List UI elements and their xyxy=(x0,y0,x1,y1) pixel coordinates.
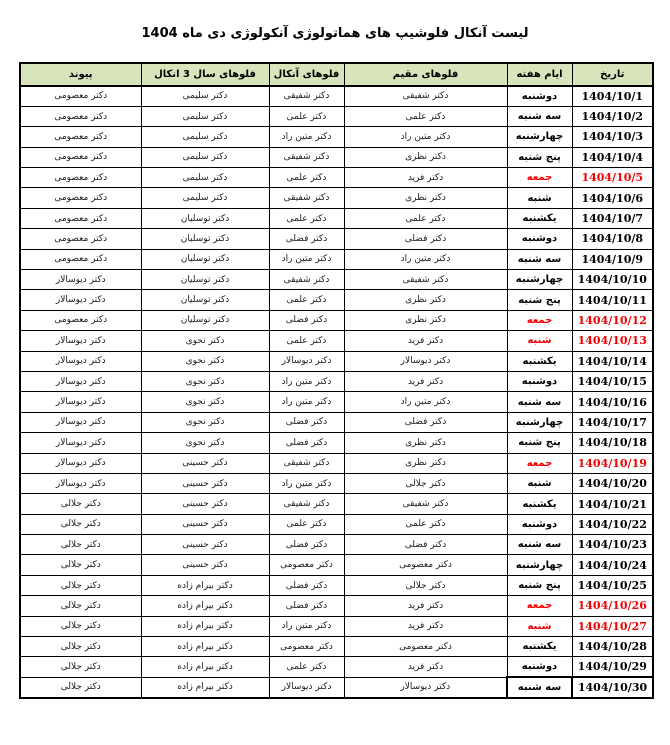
year3-oncall-fellow-cell: دکتر نحوی xyxy=(141,331,269,351)
resident-fellow-cell: دکتر متین راد xyxy=(344,127,507,147)
date-cell: 1404/10/30 xyxy=(572,677,653,697)
table-row: 1404/10/12 جمعه دکتر نظری دکتر فضلی دکتر… xyxy=(20,310,653,330)
transplant-cell: دکتر دیوسالار xyxy=(20,371,141,391)
weekday-cell: پنج شنبه xyxy=(507,433,572,453)
weekday-cell: سه شنبه xyxy=(507,392,572,412)
oncall-fellow-cell: دکتر علمی xyxy=(269,514,344,534)
transplant-cell: دکتر دیوسالار xyxy=(20,392,141,412)
oncall-fellow-cell: دکتر فضلی xyxy=(269,412,344,432)
year3-oncall-fellow-cell: دکتر سلیمی xyxy=(141,106,269,126)
oncall-fellow-cell: دکتر فضلی xyxy=(269,229,344,249)
oncall-fellow-cell: دکتر شفیقی xyxy=(269,147,344,167)
date-cell: 1404/10/14 xyxy=(572,351,653,371)
date-cell: 1404/10/16 xyxy=(572,392,653,412)
table-row: 1404/10/22 دوشنبه دکتر علمی دکتر علمی دک… xyxy=(20,514,653,534)
table-row: 1404/10/11 پنج شنبه دکتر نظری دکتر علمی … xyxy=(20,290,653,310)
year3-oncall-fellow-cell: دکتر حسینی xyxy=(141,473,269,493)
table-row: 1404/10/4 پنج شنبه دکتر نظری دکتر شفیقی … xyxy=(20,147,653,167)
year3-oncall-fellow-cell: دکتر توسلیان xyxy=(141,310,269,330)
date-cell: 1404/10/20 xyxy=(572,473,653,493)
transplant-cell: دکتر دیوسالار xyxy=(20,290,141,310)
date-cell: 1404/10/9 xyxy=(572,249,653,269)
oncall-fellow-cell: دکتر شفیقی xyxy=(269,86,344,106)
resident-fellow-cell: دکتر فرید xyxy=(344,371,507,391)
oncall-fellow-cell: دکتر شفیقی xyxy=(269,270,344,290)
transplant-cell: دکتر جلالی xyxy=(20,657,141,677)
date-cell: 1404/10/28 xyxy=(572,637,653,657)
weekday-cell: شنبه xyxy=(507,188,572,208)
page-title: لیست آنکال فلوشیپ های هماتولوژی آنکولوژی… xyxy=(0,26,670,41)
resident-fellow-cell: دکتر دیوسالار xyxy=(344,351,507,371)
year3-oncall-fellow-cell: دکتر بیرام زاده xyxy=(141,677,269,697)
oncall-fellow-cell: دکتر فضلی xyxy=(269,433,344,453)
table-row: 1404/10/15 دوشنبه دکتر فرید دکتر متین را… xyxy=(20,371,653,391)
table-row: 1404/10/10 چهارشنبه دکتر شفیقی دکتر شفیق… xyxy=(20,270,653,290)
date-cell: 1404/10/24 xyxy=(572,555,653,575)
oncall-fellow-cell: دکتر علمی xyxy=(269,657,344,677)
weekday-cell: پنج شنبه xyxy=(507,290,572,310)
year3-oncall-fellow-cell: دکتر بیرام زاده xyxy=(141,637,269,657)
table-row: 1404/10/25 پنج شنبه دکتر جلالی دکتر فضلی… xyxy=(20,575,653,595)
year3-oncall-fellow-cell: دکتر توسلیان xyxy=(141,208,269,228)
transplant-cell: دکتر معصومی xyxy=(20,208,141,228)
resident-fellow-cell: دکتر نظری xyxy=(344,433,507,453)
resident-fellow-cell: دکتر جلالی xyxy=(344,473,507,493)
oncall-fellow-cell: دکتر متین راد xyxy=(269,249,344,269)
transplant-cell: دکتر جلالی xyxy=(20,514,141,534)
resident-fellow-cell: دکتر نظری xyxy=(344,188,507,208)
weekday-cell: جمعه xyxy=(507,168,572,188)
table-row: 1404/10/6 شنبه دکتر نظری دکتر شفیقی دکتر… xyxy=(20,188,653,208)
oncall-fellow-cell: دکتر علمی xyxy=(269,168,344,188)
date-cell: 1404/10/7 xyxy=(572,208,653,228)
weekday-cell: چهارشنبه xyxy=(507,412,572,432)
oncall-fellow-cell: دکتر علمی xyxy=(269,290,344,310)
resident-fellow-cell: دکتر نظری xyxy=(344,453,507,473)
transplant-cell: دکتر معصومی xyxy=(20,168,141,188)
table-row: 1404/10/2 سه شنبه دکتر علمی دکتر علمی دک… xyxy=(20,106,653,126)
table-header-row: تاریخ ایام هفته فلوهای مقیم فلوهای آنکال… xyxy=(20,63,653,86)
year3-oncall-fellow-cell: دکتر سلیمی xyxy=(141,86,269,106)
year3-oncall-fellow-cell: دکتر توسلیان xyxy=(141,229,269,249)
oncall-fellow-cell: دکتر معصومی xyxy=(269,555,344,575)
year3-oncall-fellow-cell: دکتر حسینی xyxy=(141,535,269,555)
oncall-fellow-cell: دکتر فضلی xyxy=(269,310,344,330)
date-cell: 1404/10/6 xyxy=(572,188,653,208)
resident-fellow-cell: دکتر فضلی xyxy=(344,535,507,555)
weekday-cell: جمعه xyxy=(507,596,572,616)
transplant-cell: دکتر جلالی xyxy=(20,677,141,697)
oncall-fellow-cell: دکتر متین راد xyxy=(269,127,344,147)
table-row: 1404/10/28 یکشنبه دکتر معصومی دکتر معصوم… xyxy=(20,637,653,657)
oncall-fellow-cell: دکتر شفیقی xyxy=(269,494,344,514)
transplant-cell: دکتر دیوسالار xyxy=(20,331,141,351)
oncall-fellow-cell: دکتر معصومی xyxy=(269,637,344,657)
transplant-cell: دکتر معصومی xyxy=(20,86,141,106)
year3-oncall-fellow-cell: دکتر حسینی xyxy=(141,514,269,534)
table-row: 1404/10/7 یکشنبه دکتر علمی دکتر علمی دکت… xyxy=(20,208,653,228)
table-row: 1404/10/17 چهارشنبه دکتر فضلی دکتر فضلی … xyxy=(20,412,653,432)
oncall-fellow-cell: دکتر متین راد xyxy=(269,371,344,391)
header-transplant: پیوند xyxy=(20,63,141,86)
weekday-cell: پنج شنبه xyxy=(507,575,572,595)
weekday-cell: یکشنبه xyxy=(507,637,572,657)
resident-fellow-cell: دکتر شفیقی xyxy=(344,270,507,290)
header-resident: فلوهای مقیم xyxy=(344,63,507,86)
transplant-cell: دکتر معصومی xyxy=(20,229,141,249)
year3-oncall-fellow-cell: دکتر توسلیان xyxy=(141,249,269,269)
year3-oncall-fellow-cell: دکتر نحوی xyxy=(141,412,269,432)
transplant-cell: دکتر دیوسالار xyxy=(20,270,141,290)
year3-oncall-fellow-cell: دکتر نحوی xyxy=(141,433,269,453)
oncall-fellow-cell: دکتر شفیقی xyxy=(269,453,344,473)
date-cell: 1404/10/1 xyxy=(572,86,653,106)
transplant-cell: دکتر دیوسالار xyxy=(20,433,141,453)
resident-fellow-cell: دکتر فضلی xyxy=(344,412,507,432)
oncall-fellow-cell: دکتر فضلی xyxy=(269,535,344,555)
weekday-cell: سه شنبه xyxy=(507,535,572,555)
date-cell: 1404/10/27 xyxy=(572,616,653,636)
table-row: 1404/10/19 جمعه دکتر نظری دکتر شفیقی دکت… xyxy=(20,453,653,473)
oncall-fellow-cell: دکتر دیوسالار xyxy=(269,351,344,371)
weekday-cell: چهارشنبه xyxy=(507,555,572,575)
table-row: 1404/10/21 یکشنبه دکتر شفیقی دکتر شفیقی … xyxy=(20,494,653,514)
oncall-schedule-table: تاریخ ایام هفته فلوهای مقیم فلوهای آنکال… xyxy=(19,62,654,699)
weekday-cell: یکشنبه xyxy=(507,351,572,371)
weekday-cell: شنبه xyxy=(507,616,572,636)
resident-fellow-cell: دکتر فضلی xyxy=(344,229,507,249)
resident-fellow-cell: دکتر فرید xyxy=(344,168,507,188)
transplant-cell: دکتر جلالی xyxy=(20,575,141,595)
resident-fellow-cell: دکتر علمی xyxy=(344,106,507,126)
resident-fellow-cell: دکتر متین راد xyxy=(344,249,507,269)
weekday-cell: پنج شنبه xyxy=(507,147,572,167)
year3-oncall-fellow-cell: دکتر سلیمی xyxy=(141,168,269,188)
table-row: 1404/10/26 جمعه دکتر فرید دکتر فضلی دکتر… xyxy=(20,596,653,616)
weekday-cell: دوشنبه xyxy=(507,229,572,249)
resident-fellow-cell: دکتر شفیقی xyxy=(344,494,507,514)
table-row: 1404/10/16 سه شنبه دکتر متین راد دکتر مت… xyxy=(20,392,653,412)
year3-oncall-fellow-cell: دکتر حسینی xyxy=(141,555,269,575)
oncall-fellow-cell: دکتر متین راد xyxy=(269,392,344,412)
resident-fellow-cell: دکتر نظری xyxy=(344,290,507,310)
weekday-cell: سه شنبه xyxy=(507,677,572,697)
year3-oncall-fellow-cell: دکتر سلیمی xyxy=(141,188,269,208)
date-cell: 1404/10/4 xyxy=(572,147,653,167)
date-cell: 1404/10/5 xyxy=(572,168,653,188)
transplant-cell: دکتر جلالی xyxy=(20,535,141,555)
date-cell: 1404/10/18 xyxy=(572,433,653,453)
transplant-cell: دکتر معصومی xyxy=(20,188,141,208)
date-cell: 1404/10/25 xyxy=(572,575,653,595)
table-row: 1404/10/13 شنبه دکتر فرید دکتر علمی دکتر… xyxy=(20,331,653,351)
year3-oncall-fellow-cell: دکتر بیرام زاده xyxy=(141,657,269,677)
transplant-cell: دکتر معصومی xyxy=(20,106,141,126)
table-row: 1404/10/3 چهارشنبه دکتر متین راد دکتر مت… xyxy=(20,127,653,147)
transplant-cell: دکتر معصومی xyxy=(20,127,141,147)
date-cell: 1404/10/3 xyxy=(572,127,653,147)
table-row: 1404/10/27 شنبه دکتر فرید دکتر متین راد … xyxy=(20,616,653,636)
oncall-fellow-cell: دکتر شفیقی xyxy=(269,188,344,208)
weekday-cell: شنبه xyxy=(507,331,572,351)
resident-fellow-cell: دکتر دیوسالار xyxy=(344,677,507,697)
date-cell: 1404/10/26 xyxy=(572,596,653,616)
header-date: تاریخ xyxy=(572,63,653,86)
year3-oncall-fellow-cell: دکتر بیرام زاده xyxy=(141,616,269,636)
date-cell: 1404/10/22 xyxy=(572,514,653,534)
year3-oncall-fellow-cell: دکتر توسلیان xyxy=(141,270,269,290)
date-cell: 1404/10/23 xyxy=(572,535,653,555)
header-oncall: فلوهای آنکال xyxy=(269,63,344,86)
date-cell: 1404/10/10 xyxy=(572,270,653,290)
resident-fellow-cell: دکتر متین راد xyxy=(344,392,507,412)
table-row: 1404/10/23 سه شنبه دکتر فضلی دکتر فضلی د… xyxy=(20,535,653,555)
table-row: 1404/10/5 جمعه دکتر فرید دکتر علمی دکتر … xyxy=(20,168,653,188)
table-row: 1404/10/20 شنبه دکتر جلالی دکتر متین راد… xyxy=(20,473,653,493)
transplant-cell: دکتر جلالی xyxy=(20,637,141,657)
year3-oncall-fellow-cell: دکتر نحوی xyxy=(141,351,269,371)
resident-fellow-cell: دکتر شفیقی xyxy=(344,86,507,106)
resident-fellow-cell: دکتر فرید xyxy=(344,331,507,351)
resident-fellow-cell: دکتر معصومی xyxy=(344,555,507,575)
table-row: 1404/10/1 دوشنبه دکتر شفیقی دکتر شفیقی د… xyxy=(20,86,653,106)
weekday-cell: چهارشنبه xyxy=(507,270,572,290)
date-cell: 1404/10/11 xyxy=(572,290,653,310)
transplant-cell: دکتر جلالی xyxy=(20,616,141,636)
table-row: 1404/10/30 سه شنبه دکتر دیوسالار دکتر دی… xyxy=(20,677,653,697)
weekday-cell: جمعه xyxy=(507,453,572,473)
year3-oncall-fellow-cell: دکتر بیرام زاده xyxy=(141,575,269,595)
year3-oncall-fellow-cell: دکتر نحوی xyxy=(141,392,269,412)
year3-oncall-fellow-cell: دکتر توسلیان xyxy=(141,290,269,310)
oncall-fellow-cell: دکتر متین راد xyxy=(269,473,344,493)
weekday-cell: چهارشنبه xyxy=(507,127,572,147)
oncall-fellow-cell: دکتر علمی xyxy=(269,106,344,126)
resident-fellow-cell: دکتر جلالی xyxy=(344,575,507,595)
transplant-cell: دکتر معصومی xyxy=(20,147,141,167)
weekday-cell: سه شنبه xyxy=(507,249,572,269)
table-row: 1404/10/9 سه شنبه دکتر متین راد دکتر متی… xyxy=(20,249,653,269)
table-row: 1404/10/24 چهارشنبه دکتر معصومی دکتر معص… xyxy=(20,555,653,575)
transplant-cell: دکتر معصومی xyxy=(20,249,141,269)
year3-oncall-fellow-cell: دکتر سلیمی xyxy=(141,127,269,147)
resident-fellow-cell: دکتر فرید xyxy=(344,657,507,677)
transplant-cell: دکتر جلالی xyxy=(20,494,141,514)
date-cell: 1404/10/8 xyxy=(572,229,653,249)
oncall-fellow-cell: دکتر علمی xyxy=(269,208,344,228)
year3-oncall-fellow-cell: دکتر حسینی xyxy=(141,494,269,514)
resident-fellow-cell: دکتر معصومی xyxy=(344,637,507,657)
date-cell: 1404/10/12 xyxy=(572,310,653,330)
oncall-fellow-cell: دکتر دیوسالار xyxy=(269,677,344,697)
transplant-cell: دکتر دیوسالار xyxy=(20,453,141,473)
date-cell: 1404/10/21 xyxy=(572,494,653,514)
date-cell: 1404/10/2 xyxy=(572,106,653,126)
weekday-cell: دوشنبه xyxy=(507,86,572,106)
resident-fellow-cell: دکتر علمی xyxy=(344,208,507,228)
table-row: 1404/10/8 دوشنبه دکتر فضلی دکتر فضلی دکت… xyxy=(20,229,653,249)
weekday-cell: دوشنبه xyxy=(507,371,572,391)
table-row: 1404/10/14 یکشنبه دکتر دیوسالار دکتر دیو… xyxy=(20,351,653,371)
resident-fellow-cell: دکتر علمی xyxy=(344,514,507,534)
year3-oncall-fellow-cell: دکتر نحوی xyxy=(141,371,269,391)
year3-oncall-fellow-cell: دکتر حسینی xyxy=(141,453,269,473)
resident-fellow-cell: دکتر فرید xyxy=(344,596,507,616)
date-cell: 1404/10/15 xyxy=(572,371,653,391)
weekday-cell: یکشنبه xyxy=(507,494,572,514)
transplant-cell: دکتر دیوسالار xyxy=(20,351,141,371)
year3-oncall-fellow-cell: دکتر بیرام زاده xyxy=(141,596,269,616)
date-cell: 1404/10/29 xyxy=(572,657,653,677)
weekday-cell: دوشنبه xyxy=(507,514,572,534)
date-cell: 1404/10/19 xyxy=(572,453,653,473)
table-row: 1404/10/18 پنج شنبه دکتر نظری دکتر فضلی … xyxy=(20,433,653,453)
year3-oncall-fellow-cell: دکتر سلیمی xyxy=(141,147,269,167)
resident-fellow-cell: دکتر نظری xyxy=(344,147,507,167)
weekday-cell: دوشنبه xyxy=(507,657,572,677)
weekday-cell: سه شنبه xyxy=(507,106,572,126)
transplant-cell: دکتر معصومی xyxy=(20,310,141,330)
resident-fellow-cell: دکتر نظری xyxy=(344,310,507,330)
table-row: 1404/10/29 دوشنبه دکتر فرید دکتر علمی دک… xyxy=(20,657,653,677)
date-cell: 1404/10/17 xyxy=(572,412,653,432)
weekday-cell: جمعه xyxy=(507,310,572,330)
date-cell: 1404/10/13 xyxy=(572,331,653,351)
weekday-cell: شنبه xyxy=(507,473,572,493)
transplant-cell: دکتر جلالی xyxy=(20,596,141,616)
header-year3: فلوهای سال 3 انکال xyxy=(141,63,269,86)
oncall-fellow-cell: دکتر علمی xyxy=(269,331,344,351)
resident-fellow-cell: دکتر فرید xyxy=(344,616,507,636)
weekday-cell: یکشنبه xyxy=(507,208,572,228)
oncall-fellow-cell: دکتر متین راد xyxy=(269,616,344,636)
oncall-fellow-cell: دکتر فضلی xyxy=(269,575,344,595)
oncall-fellow-cell: دکتر فضلی xyxy=(269,596,344,616)
transplant-cell: دکتر جلالی xyxy=(20,555,141,575)
schedule-table-body: 1404/10/1 دوشنبه دکتر شفیقی دکتر شفیقی د… xyxy=(20,86,653,698)
header-weekday: ایام هفته xyxy=(507,63,572,86)
transplant-cell: دکتر دیوسالار xyxy=(20,412,141,432)
transplant-cell: دکتر دیوسالار xyxy=(20,473,141,493)
